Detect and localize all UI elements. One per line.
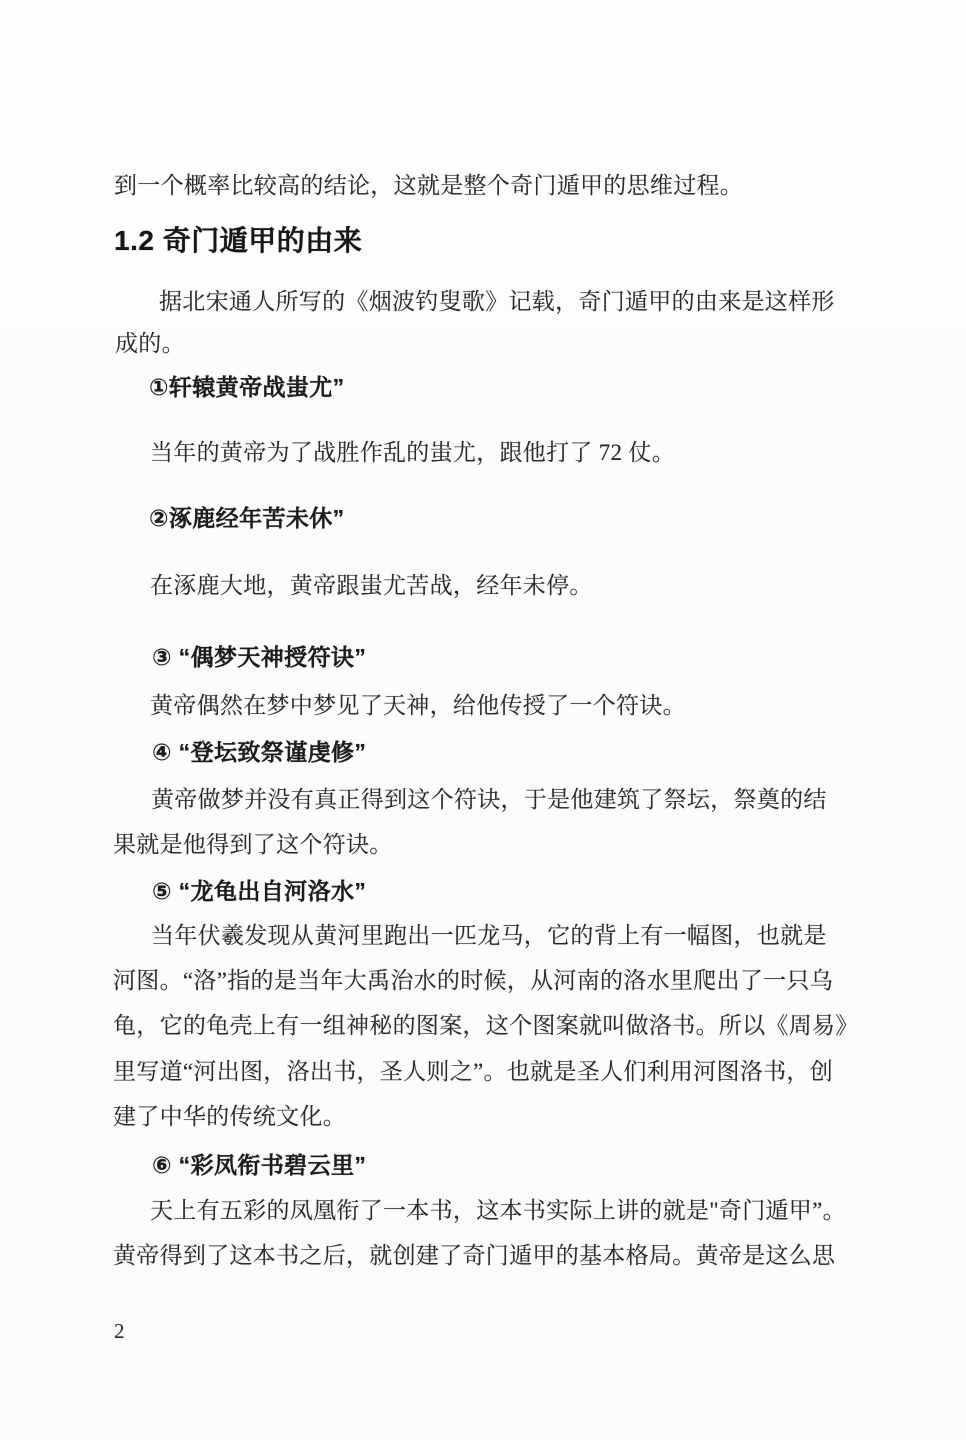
item-body-line: 龟，它的龟壳上有一组神秘的图案，这个图案就叫做洛书。所以《周易》 bbox=[113, 1014, 859, 1039]
item-body-line: 里写道“河出图，洛出书，圣人则之”。也就是圣人们利用河图洛书，创 bbox=[113, 1060, 833, 1085]
item-heading-6: ⑥ “彩凤衔书碧云里” bbox=[152, 1153, 366, 1178]
document-page: 到一个概率比较高的结论，这就是整个奇门遁甲的思维过程。 1.2 奇门遁甲的由来 … bbox=[0, 0, 966, 1440]
item-body-line: 在涿鹿大地，黄帝跟蚩尤苦战，经年未停。 bbox=[150, 574, 593, 599]
item-heading-1: ①轩辕黄帝战蚩尤” bbox=[149, 375, 345, 400]
item-body-line: 果就是他得到了这个符诀。 bbox=[113, 833, 393, 858]
item-heading-3: ③ “偶梦天神授符诀” bbox=[152, 645, 366, 670]
item-body-line: 建了中华的传统文化。 bbox=[113, 1105, 346, 1130]
item-heading-4: ④ “登坛致祭谨虔修” bbox=[152, 740, 366, 765]
item-body-line: 黄帝偶然在梦中梦见了天神，给他传授了一个符诀。 bbox=[150, 694, 686, 719]
paragraph-continuation-line: 到一个概率比较高的结论，这就是整个奇门遁甲的思维过程。 bbox=[114, 174, 743, 199]
item-body-line: 天上有五彩的凤凰衔了一本书，这本书实际上讲的就是"奇门遁甲”。 bbox=[150, 1199, 846, 1224]
item-body-line: 当年伏羲发现从黄河里跑出一匹龙马，它的背上有一幅图，也就是 bbox=[151, 924, 827, 949]
item-heading-2: ②涿鹿经年苦未休” bbox=[149, 506, 345, 531]
page-number: 2 bbox=[114, 1320, 125, 1343]
item-body-line: 当年的黄帝为了战胜作乱的蚩尤，跟他打了 72 仗。 bbox=[150, 441, 675, 466]
section-heading: 1.2 奇门遁甲的由来 bbox=[114, 226, 362, 256]
intro-paragraph-line: 据北宋通人所写的《烟波钓叟歌》记载，奇门遁甲的由来是这样形 bbox=[159, 290, 835, 315]
item-body-line: 河图。“洛”指的是当年大禹治水的时候，从河南的洛水里爬出了一只乌 bbox=[113, 969, 833, 994]
item-body-line: 黄帝做梦并没有真正得到这个符诀，于是他建筑了祭坛，祭奠的结 bbox=[151, 788, 827, 813]
item-body-line: 黄帝得到了这本书之后，就创建了奇门遁甲的基本格局。黄帝是这么思 bbox=[113, 1244, 835, 1269]
intro-paragraph-line: 成的。 bbox=[115, 332, 185, 357]
item-heading-5: ⑤ “龙龟出自河洛水” bbox=[152, 879, 366, 904]
